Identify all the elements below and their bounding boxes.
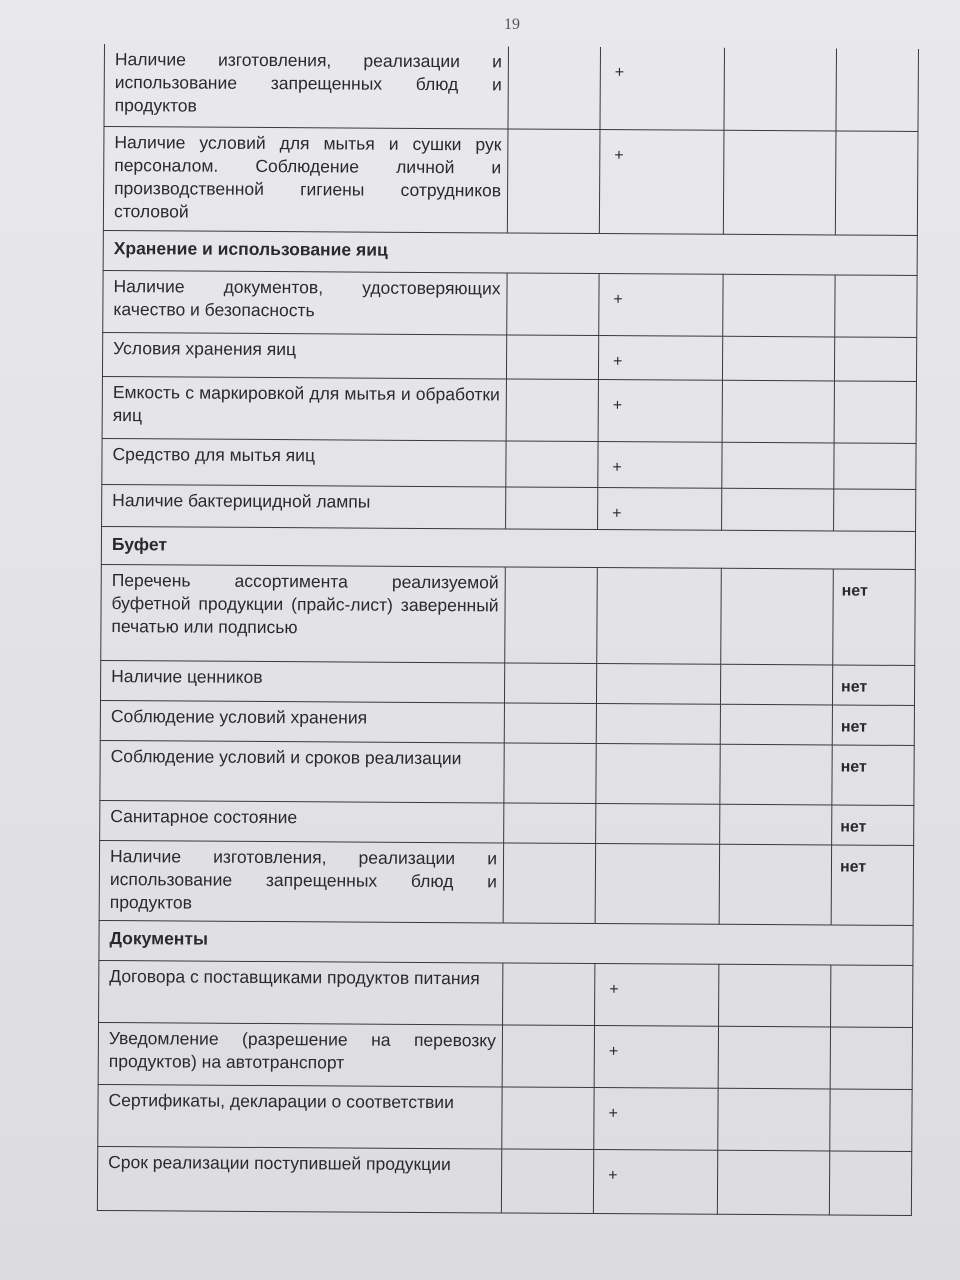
mark-cell-4 xyxy=(834,336,916,381)
mark-cell-1 xyxy=(504,662,596,703)
criterion-cell: Договора с поставщиками продуктов питани… xyxy=(99,960,503,1024)
mark-cell-3 xyxy=(723,130,836,235)
document-page: 19 Наличие изготовления, реализации и ис… xyxy=(0,0,960,1280)
mark-cell-2: + xyxy=(593,1149,717,1214)
mark-cell-1 xyxy=(506,378,598,441)
mark-cell-2 xyxy=(596,663,720,704)
mark-cell-1 xyxy=(502,1024,594,1087)
mark-cell-4 xyxy=(830,1088,912,1150)
table-row: Наличие условий для мытья и сушки рук пе… xyxy=(103,126,918,235)
mark-cell-3 xyxy=(718,1088,830,1151)
mark-cell-4: нет xyxy=(832,664,914,705)
mark-cell-4: нет xyxy=(832,744,914,804)
mark-cell-3 xyxy=(720,804,832,845)
mark-cell-1 xyxy=(506,486,598,529)
mark-cell-4 xyxy=(830,1026,912,1088)
page-number: 19 xyxy=(0,16,960,34)
mark-cell-2: + xyxy=(598,441,722,488)
criterion-cell: Срок реализации поступившей продукции xyxy=(97,1146,501,1212)
mark-cell-4 xyxy=(831,964,913,1026)
mark-cell-4: нет xyxy=(831,844,913,924)
criterion-cell: Наличие условий для мытья и сушки рук пе… xyxy=(103,126,508,232)
mark-cell-3 xyxy=(721,568,834,665)
mark-cell-3 xyxy=(724,48,836,131)
mark-cell-1 xyxy=(506,440,598,487)
criterion-cell: Санитарное состояние xyxy=(100,800,504,842)
mark-cell-2 xyxy=(596,703,720,744)
section-title: Документы xyxy=(99,920,913,965)
mark-cell-1 xyxy=(508,46,600,129)
mark-cell-1 xyxy=(504,702,596,743)
criterion-cell: Наличие изготовления, реализации и испол… xyxy=(104,44,508,128)
table-row: Наличие документов, удостоверяющих качес… xyxy=(103,270,917,337)
mark-cell-2: + xyxy=(594,1025,718,1088)
mark-cell-4 xyxy=(834,380,916,442)
mark-cell-4 xyxy=(834,442,916,489)
mark-cell-3 xyxy=(720,744,832,805)
mark-cell-3 xyxy=(723,274,835,337)
mark-cell-3 xyxy=(722,380,834,443)
section-title: Буфет xyxy=(101,526,915,569)
table-row: Срок реализации поступившей продукции+ xyxy=(97,1146,911,1215)
table-row: Уведомление (разрешение на перевозку про… xyxy=(98,1022,912,1089)
mark-cell-4 xyxy=(834,488,916,531)
table-row: Соблюдение условий и сроков реализациине… xyxy=(100,740,914,805)
table-row: Соблюдение условий хранениянет xyxy=(100,700,914,745)
criterion-cell: Емкость с маркировкой для мытья и обрабо… xyxy=(102,376,506,440)
section-header-row: Хранение и использование яиц xyxy=(103,230,917,275)
inspection-checklist-table: Наличие изготовления, реализации и испол… xyxy=(97,44,919,1215)
criterion-cell: Наличие бактерицидной лампы xyxy=(102,484,506,528)
mark-cell-4: нет xyxy=(833,568,916,664)
mark-cell-1 xyxy=(504,742,596,803)
mark-cell-3 xyxy=(717,1150,829,1215)
section-title: Хранение и использование яиц xyxy=(103,230,917,275)
criterion-cell: Условия хранения яиц xyxy=(102,332,506,378)
mark-cell-2: + xyxy=(599,273,723,336)
table-row: Наличие бактерицидной лампы+ xyxy=(102,484,916,531)
mark-cell-3 xyxy=(722,336,834,381)
table-row: Наличие изготовления, реализации и испол… xyxy=(104,44,918,131)
table-row: Наличие изготовления, реализации и испол… xyxy=(99,840,913,925)
mark-cell-2: + xyxy=(595,963,719,1026)
mark-cell-2 xyxy=(597,567,722,664)
section-header-row: Документы xyxy=(99,920,913,965)
mark-cell-2: + xyxy=(594,1087,718,1150)
mark-cell-2: + xyxy=(598,379,722,442)
mark-cell-1 xyxy=(503,962,595,1025)
table-row: Наличие ценниковнет xyxy=(100,660,914,705)
mark-cell-4 xyxy=(829,1150,911,1214)
criterion-cell: Наличие изготовления, реализации и испол… xyxy=(99,840,503,922)
criterion-cell: Средство для мытья яиц xyxy=(102,438,506,486)
mark-cell-4: нет xyxy=(832,804,914,845)
mark-cell-3 xyxy=(719,844,831,925)
mark-cell-4 xyxy=(835,274,917,336)
mark-cell-3 xyxy=(718,1026,830,1089)
criterion-cell: Соблюдение условий и сроков реализации xyxy=(100,740,504,802)
mark-cell-2 xyxy=(596,803,720,844)
mark-cell-1 xyxy=(503,842,595,923)
mark-cell-3 xyxy=(720,664,832,705)
mark-cell-3 xyxy=(720,704,832,745)
table-row: Емкость с маркировкой для мытья и обрабо… xyxy=(102,376,916,443)
mark-cell-1 xyxy=(504,802,596,843)
mark-cell-2 xyxy=(596,743,720,804)
mark-cell-3 xyxy=(722,442,834,489)
criterion-cell: Наличие ценников xyxy=(100,660,504,702)
criterion-cell: Сертификаты, декларации о соответствии xyxy=(98,1084,502,1148)
mark-cell-4 xyxy=(835,130,918,234)
table-row: Средство для мытья яиц+ xyxy=(102,438,916,489)
mark-cell-1 xyxy=(506,334,598,379)
table-row: Договора с поставщиками продуктов питани… xyxy=(99,960,913,1027)
mark-cell-4: нет xyxy=(832,704,914,745)
mark-cell-2: + xyxy=(598,335,722,380)
mark-cell-2: + xyxy=(599,129,724,234)
mark-cell-1 xyxy=(502,1086,594,1149)
criterion-cell: Уведомление (разрешение на перевозку про… xyxy=(98,1022,502,1086)
criterion-cell: Перечень ассортимента реализуемой буфетн… xyxy=(101,564,506,662)
mark-cell-3 xyxy=(719,964,831,1027)
mark-cell-1 xyxy=(507,272,599,335)
table-row: Условия хранения яиц+ xyxy=(102,332,916,381)
table-row: Перечень ассортимента реализуемой буфетн… xyxy=(101,564,916,665)
mark-cell-2 xyxy=(595,843,719,924)
criterion-cell: Наличие документов, удостоверяющих качес… xyxy=(103,270,507,334)
mark-cell-4 xyxy=(836,48,918,130)
criterion-cell: Соблюдение условий хранения xyxy=(100,700,504,742)
mark-cell-1 xyxy=(501,1148,593,1213)
mark-cell-2: + xyxy=(600,47,724,130)
section-header-row: Буфет xyxy=(101,526,915,569)
mark-cell-1 xyxy=(505,566,598,663)
mark-cell-2: + xyxy=(598,487,722,530)
table-row: Сертификаты, декларации о соответствии+ xyxy=(98,1084,912,1151)
mark-cell-1 xyxy=(507,128,600,233)
table-row: Санитарное состояниенет xyxy=(100,800,914,845)
mark-cell-3 xyxy=(722,488,834,531)
